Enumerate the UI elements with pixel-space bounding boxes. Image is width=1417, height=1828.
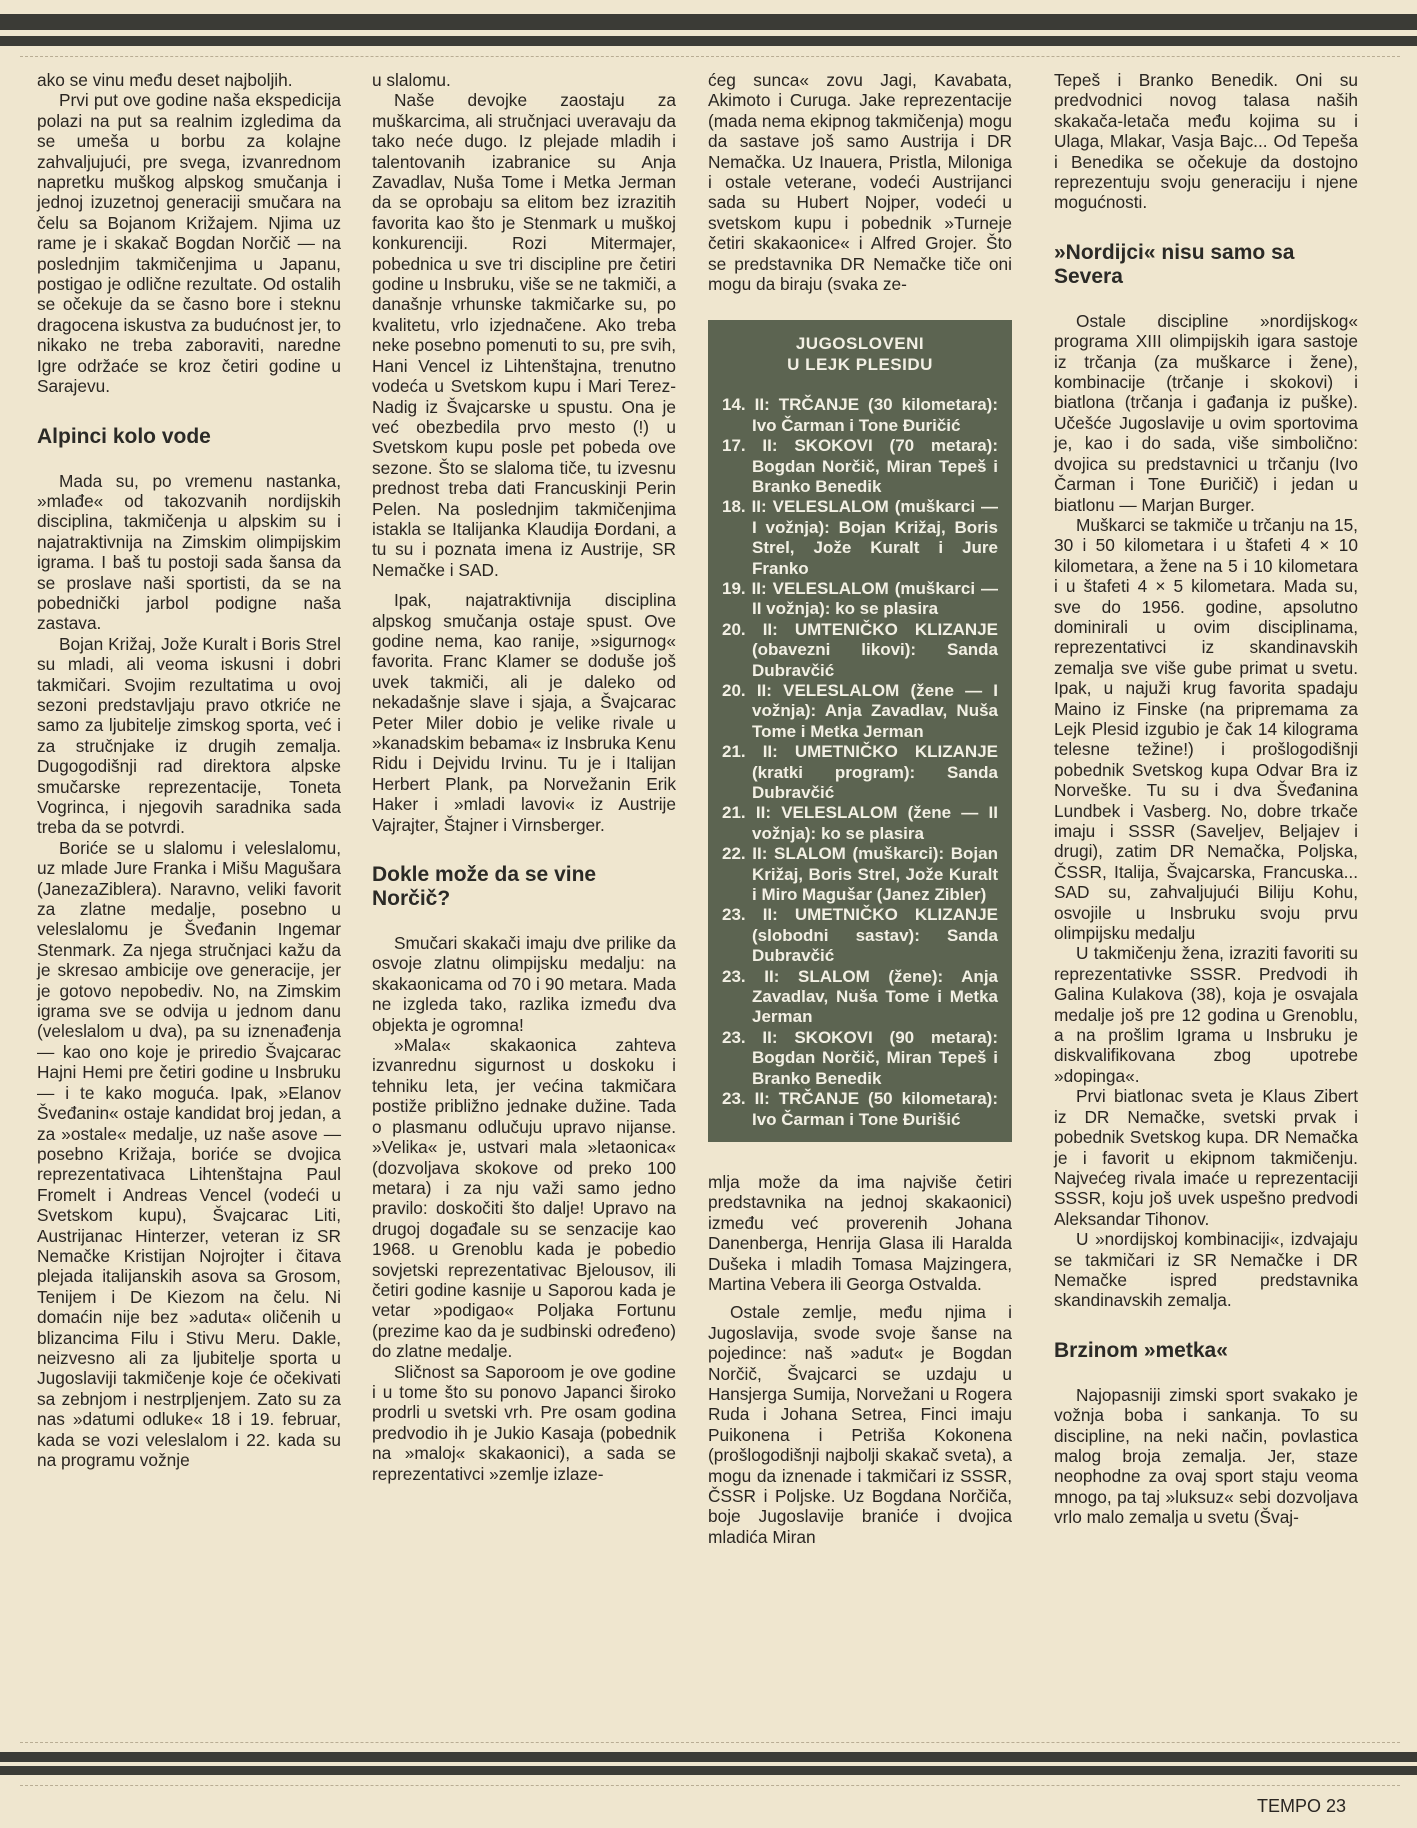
column-2: u slalomu. Naše devojke zaostaju za mušk… <box>372 70 676 1484</box>
footer-divider <box>20 1785 1400 1787</box>
paragraph: Mada su, po vremenu nastanka, »mlađe« od… <box>37 471 341 634</box>
schedule-entry: 18. II: VELESLALOM (muškarci — I vožnja)… <box>722 497 998 579</box>
paragraph: Ipak, najatraktivnija disciplina alpskog… <box>372 590 676 835</box>
schedule-entry: 19. II: VELESLALOM (muškarci — II vožnja… <box>722 579 998 620</box>
paragraph: Ostale discipline »nordijskog« programa … <box>1054 311 1358 515</box>
schedule-sidebar-box: JUGOSLOVENI U LEJK PLESIDU 14. II: TRČAN… <box>708 320 1012 1141</box>
sidebar-title-line-2: U LEJK PLESIDU <box>722 355 998 375</box>
schedule-entry: 14. II: TRČANJE (30 kilometara): Ivo Čar… <box>722 395 998 436</box>
schedule-entry: 23. II: SKOKOVI (90 metara): Bogdan Norč… <box>722 1028 998 1089</box>
section-heading-alpinci: Alpinci kolo vode <box>37 425 341 449</box>
top-decorative-rule-thin <box>0 36 1417 46</box>
bottom-decorative-rule <box>0 1752 1417 1762</box>
paragraph: ako se vinu među deset najboljih. <box>37 70 341 90</box>
paragraph: ćeg sunca« zovu Jagi, Kavabata, Akimoto … <box>708 70 1012 294</box>
paragraph: »Mala« skakaonica zahteva izvanrednu sig… <box>372 1035 676 1362</box>
paragraph: Muškarci se takmiče u trčanju na 15, 30 … <box>1054 515 1358 944</box>
schedule-entry: 20. II: UMTENIČKO KLIZANJE (obavezni lik… <box>722 620 998 681</box>
paragraph: Najopasniji zimski sport svakako je vožn… <box>1054 1385 1358 1528</box>
paragraph: Smučari skakači imaju dve prilike da osv… <box>372 933 676 1035</box>
schedule-entry: 21. II: UMETNIČKO KLIZANJE (kratki progr… <box>722 742 998 803</box>
paragraph: Naše devojke zaostaju za muškarcima, ali… <box>372 90 676 580</box>
schedule-entry: 17. II: SKOKOVI (70 metara): Bogdan Norč… <box>722 436 998 497</box>
page-footer-magazine-page: TEMPO 23 <box>1257 1796 1346 1817</box>
schedule-entry: 22. II: SLALOM (muškarci): Bojan Križaj,… <box>722 844 998 905</box>
column-1: ako se vinu među deset najboljih. Prvi p… <box>37 70 341 1470</box>
schedule-entry: 23. II: SLALOM (žene): Anja Zavadlav, Nu… <box>722 967 998 1028</box>
schedule-entry: 23. II: UMETNIČKO KLIZANJE (slobodni sas… <box>722 905 998 966</box>
bottom-divider <box>20 1742 1400 1744</box>
sidebar-title: JUGOSLOVENI U LEJK PLESIDU <box>722 334 998 375</box>
top-divider <box>20 56 1400 58</box>
paragraph: Ostale zemlje, među njima i Jugoslavija,… <box>708 1302 1012 1547</box>
paragraph: U »nordijskoj kombinaciji«, izdvajaju se… <box>1054 1229 1358 1311</box>
section-heading-nordijci: »Nordijci« nisu samo sa Severa <box>1054 241 1358 289</box>
bottom-decorative-rule-thin <box>0 1766 1417 1775</box>
schedule-entry: 23. II: TRČANJE (50 kilometara): Ivo Čar… <box>722 1089 998 1130</box>
paragraph: Prvi biatlonac sveta je Klaus Zibert iz … <box>1054 1086 1358 1229</box>
paragraph: u slalomu. <box>372 70 676 90</box>
paragraph: Boriće se u slalomu i veleslalomu, uz ml… <box>37 838 341 1471</box>
section-heading-norcic: Dokle može da se vine Norčič? <box>372 863 676 911</box>
sidebar-title-line-1: JUGOSLOVENI <box>722 334 998 354</box>
paragraph: U takmičenju žena, izraziti favoriti su … <box>1054 943 1358 1086</box>
paragraph: mlja može da ima najviše četiri predstav… <box>708 1172 1012 1294</box>
paragraph: Tepeš i Branko Benedik. Oni su predvodni… <box>1054 70 1358 213</box>
section-heading-brzinom: Brzinom »metka« <box>1054 1339 1358 1363</box>
top-decorative-rule <box>0 14 1417 30</box>
column-3: ćeg sunca« zovu Jagi, Kavabata, Akimoto … <box>708 70 1012 1547</box>
schedule-entry: 21. II: VELESLALOM (žene — II vožnja): k… <box>722 803 998 844</box>
column-4: Tepeš i Branko Benedik. Oni su predvodni… <box>1054 70 1358 1528</box>
paragraph: Bojan Križaj, Jože Kuralt i Boris Strel … <box>37 634 341 838</box>
paragraph: Sličnost sa Saporoom je ove godine i u t… <box>372 1362 676 1484</box>
schedule-entry: 20. II: VELESLALOM (žene — I vožnja): An… <box>722 681 998 742</box>
paragraph: Prvi put ove godine naša ekspedicija pol… <box>37 90 341 396</box>
